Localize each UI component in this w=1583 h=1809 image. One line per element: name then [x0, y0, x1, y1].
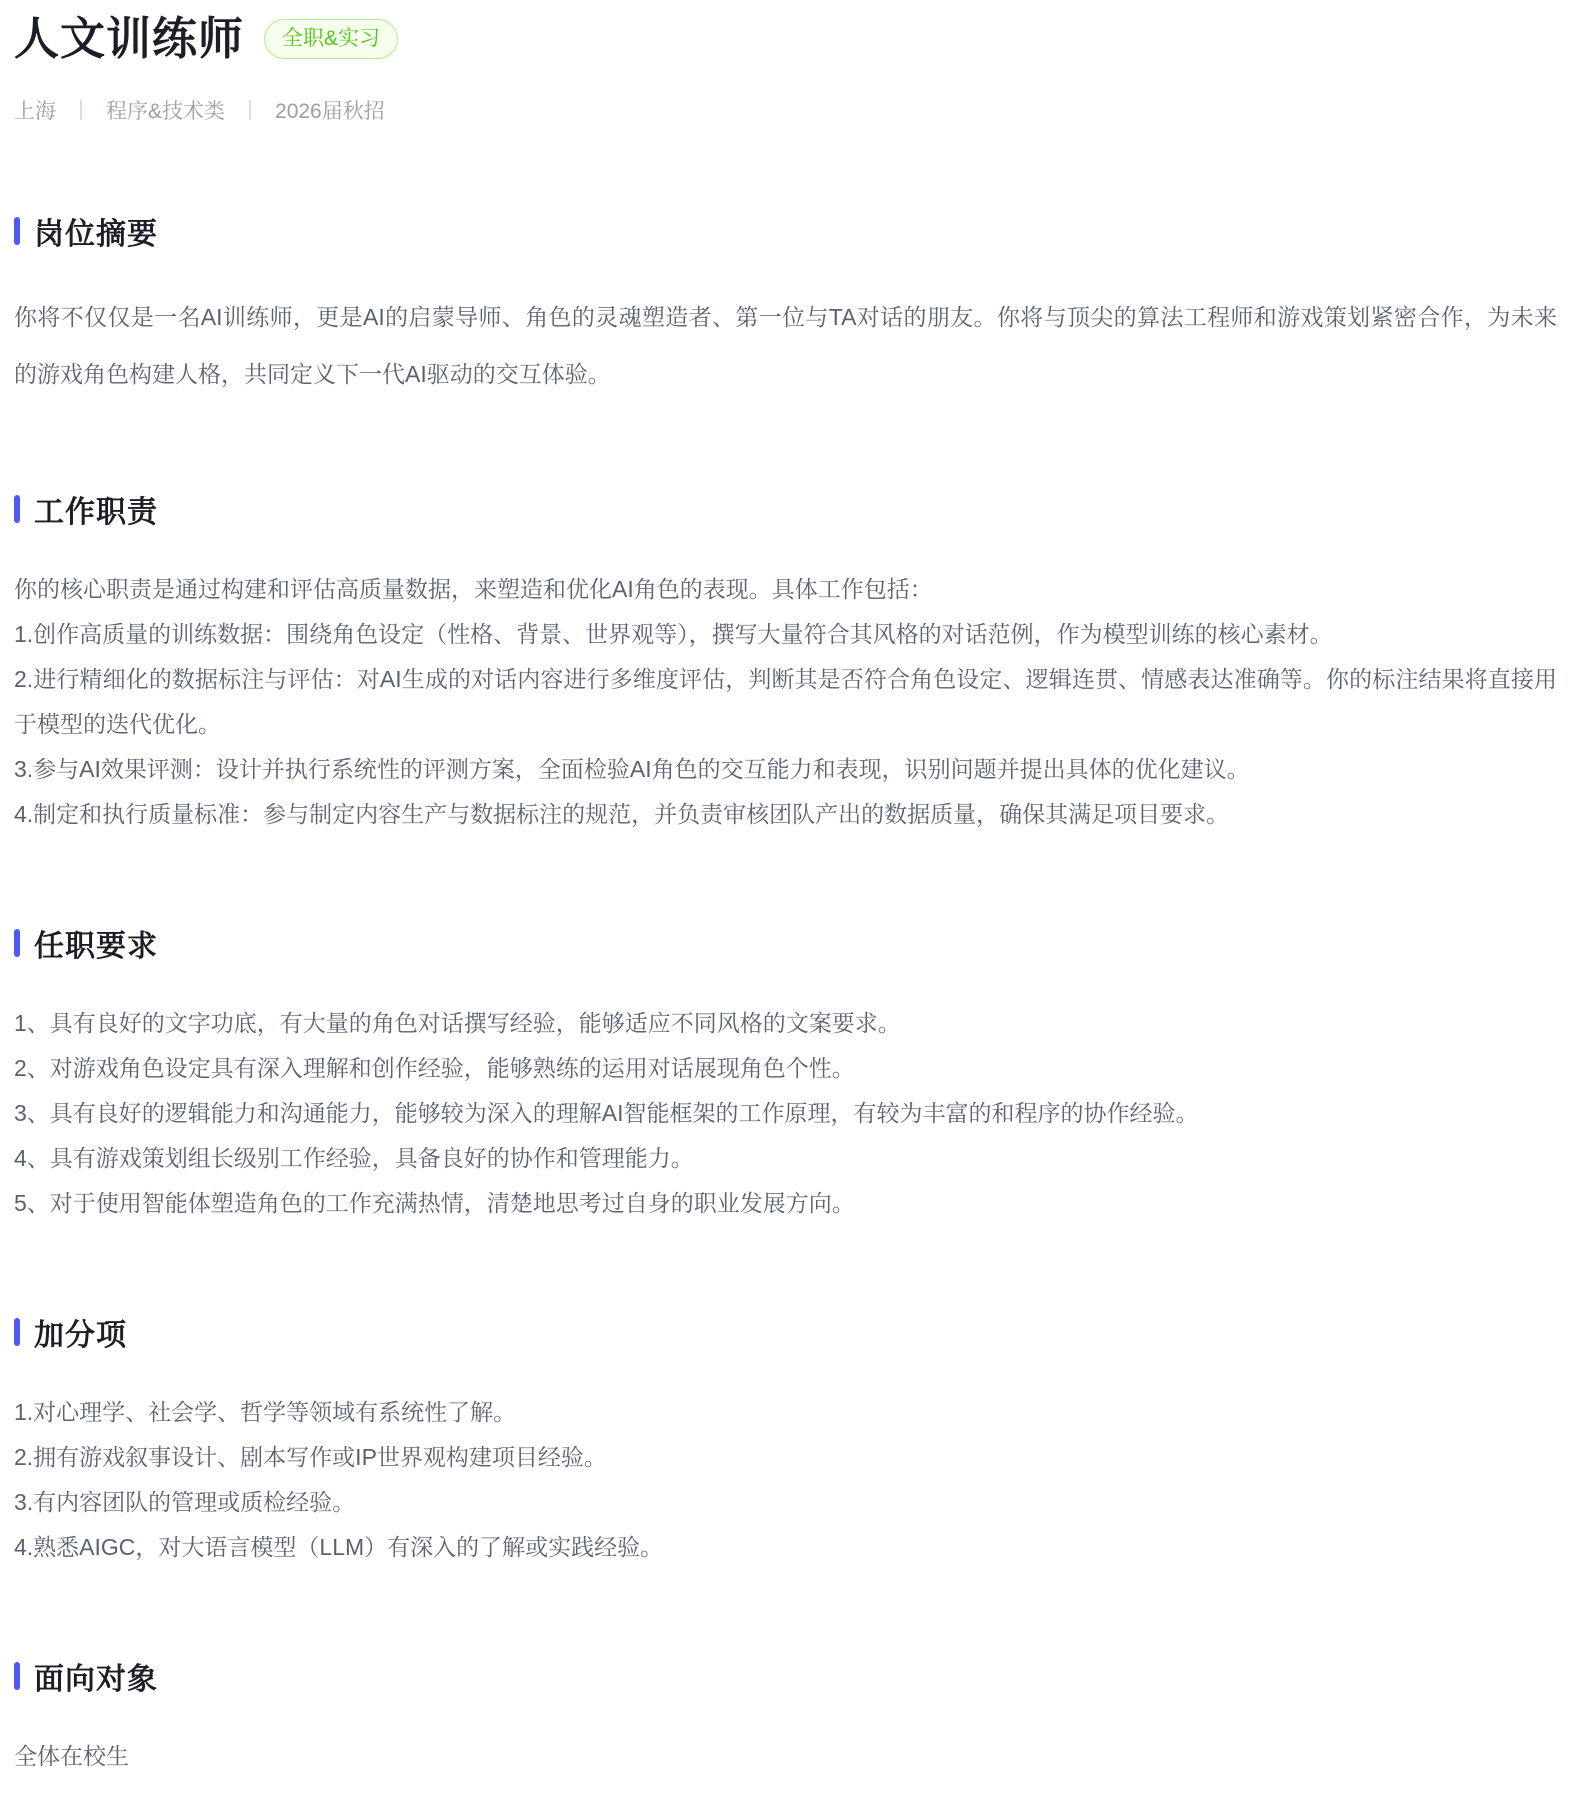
job-section: 工作职责你的核心职责是通过构建和评估高质量数据，来塑造和优化AI角色的表现。具体… [14, 487, 1557, 837]
section-heading-bar-icon [14, 217, 20, 245]
section-heading-label: 面向对象 [34, 1654, 158, 1698]
meta-divider [80, 100, 82, 120]
section-heading-bar-icon [14, 929, 20, 957]
job-sections: 岗位摘要你将不仅仅是一名AI训练师，更是AI的启蒙导师、角色的灵魂塑造者、第一位… [14, 209, 1557, 1779]
section-body: 你将不仅仅是一名AI训练师，更是AI的启蒙导师、角色的灵魂塑造者、第一位与TA对… [14, 289, 1557, 403]
section-paragraph: 2.进行精细化的数据标注与评估：对AI生成的对话内容进行多维度评估，判断其是否符… [14, 657, 1557, 747]
section-heading: 面向对象 [14, 1654, 1557, 1698]
section-paragraph: 全体在校生 [14, 1734, 1557, 1779]
section-paragraph: 1.创作高质量的训练数据：围绕角色设定（性格、背景、世界观等），撰写大量符合其风… [14, 612, 1557, 657]
section-heading-bar-icon [14, 1662, 20, 1690]
section-paragraph: 3.有内容团队的管理或质检经验。 [14, 1480, 1557, 1525]
section-heading: 岗位摘要 [14, 209, 1557, 253]
section-paragraph: 5、对于使用智能体塑造角色的工作充满热情，清楚地思考过自身的职业发展方向。 [14, 1181, 1557, 1226]
job-meta-item: 程序&技术类 [106, 95, 225, 125]
job-meta-item: 2026届秋招 [275, 95, 385, 125]
section-body: 你的核心职责是通过构建和评估高质量数据，来塑造和优化AI角色的表现。具体工作包括… [14, 567, 1557, 837]
section-paragraph: 4.制定和执行质量标准：参与制定内容生产与数据标注的规范，并负责审核团队产出的数… [14, 792, 1557, 837]
section-paragraph: 4、具有游戏策划组长级别工作经验，具备良好的协作和管理能力。 [14, 1136, 1557, 1181]
title-row: 人文训练师 全职&实习 [14, 10, 1557, 69]
section-heading-label: 岗位摘要 [34, 209, 158, 253]
job-posting-page: 人文训练师 全职&实习 上海程序&技术类2026届秋招 岗位摘要你将不仅仅是一名… [0, 0, 1583, 1809]
section-paragraph: 4.熟悉AIGC，对大语言模型（LLM）有深入的了解或实践经验。 [14, 1525, 1557, 1570]
section-heading-bar-icon [14, 495, 20, 523]
section-heading: 加分项 [14, 1310, 1557, 1354]
meta-divider [249, 100, 251, 120]
job-meta-item: 上海 [14, 95, 56, 125]
section-paragraph: 3、具有良好的逻辑能力和沟通能力，能够较为深入的理解AI智能框架的工作原理，有较… [14, 1091, 1557, 1136]
job-type-badge: 全职&实习 [264, 19, 398, 59]
section-body: 全体在校生 [14, 1734, 1557, 1779]
job-section: 岗位摘要你将不仅仅是一名AI训练师，更是AI的启蒙导师、角色的灵魂塑造者、第一位… [14, 209, 1557, 403]
section-heading-label: 工作职责 [34, 487, 158, 531]
page-title: 人文训练师 [14, 10, 244, 69]
job-section: 加分项1.对心理学、社会学、哲学等领域有系统性了解。2.拥有游戏叙事设计、剧本写… [14, 1310, 1557, 1570]
section-body: 1、具有良好的文字功底，有大量的角色对话撰写经验，能够适应不同风格的文案要求。2… [14, 1001, 1557, 1226]
section-paragraph: 你将不仅仅是一名AI训练师，更是AI的启蒙导师、角色的灵魂塑造者、第一位与TA对… [14, 289, 1557, 403]
section-paragraph: 3.参与AI效果评测：设计并执行系统性的评测方案，全面检验AI角色的交互能力和表… [14, 747, 1557, 792]
section-heading-bar-icon [14, 1318, 20, 1346]
job-section: 任职要求1、具有良好的文字功底，有大量的角色对话撰写经验，能够适应不同风格的文案… [14, 921, 1557, 1226]
job-section: 面向对象全体在校生 [14, 1654, 1557, 1779]
section-paragraph: 2.拥有游戏叙事设计、剧本写作或IP世界观构建项目经验。 [14, 1435, 1557, 1480]
section-paragraph: 1、具有良好的文字功底，有大量的角色对话撰写经验，能够适应不同风格的文案要求。 [14, 1001, 1557, 1046]
section-heading-label: 加分项 [34, 1310, 127, 1354]
section-paragraph: 2、对游戏角色设定具有深入理解和创作经验，能够熟练的运用对话展现角色个性。 [14, 1046, 1557, 1091]
section-heading: 任职要求 [14, 921, 1557, 965]
job-meta-row: 上海程序&技术类2026届秋招 [14, 95, 1557, 125]
job-header: 人文训练师 全职&实习 上海程序&技术类2026届秋招 [14, 10, 1557, 125]
section-paragraph: 1.对心理学、社会学、哲学等领域有系统性了解。 [14, 1390, 1557, 1435]
section-heading-label: 任职要求 [34, 921, 158, 965]
section-body: 1.对心理学、社会学、哲学等领域有系统性了解。2.拥有游戏叙事设计、剧本写作或I… [14, 1390, 1557, 1570]
section-heading: 工作职责 [14, 487, 1557, 531]
section-paragraph: 你的核心职责是通过构建和评估高质量数据，来塑造和优化AI角色的表现。具体工作包括… [14, 567, 1557, 612]
